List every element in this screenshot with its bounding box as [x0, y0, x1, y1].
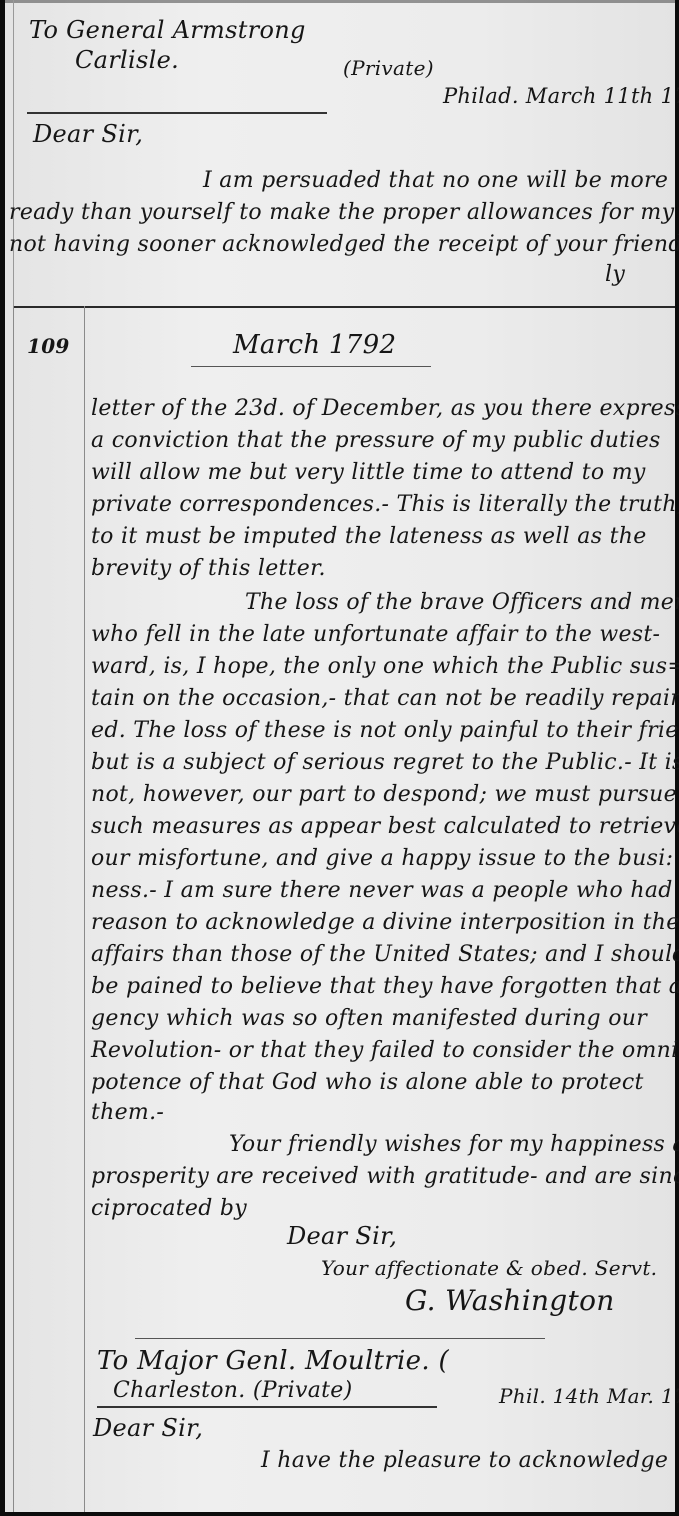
manuscript-page: To General Armstrong Carlisle. (Private)…: [5, 0, 675, 1512]
body-line: such measures as appear best calculated …: [91, 814, 679, 839]
letter1-opening-line-4: ly: [605, 262, 625, 287]
letter2-address-line-2: Charleston. (Private): [113, 1378, 352, 1403]
letter2-dateline: Phil. 14th Mar. 1792: [499, 1384, 679, 1408]
body-line: our misfortune, and give a happy issue t…: [91, 846, 673, 871]
body-line: a conviction that the pressure of my pub…: [91, 428, 661, 453]
body-line: The loss of the brave Officers and men: [245, 590, 679, 615]
letter2-address-line-1: To Major Genl. Moultrie. (: [97, 1346, 449, 1376]
body-line: private correspondences.- This is litera…: [91, 492, 679, 517]
body-line: potence of that God who is alone able to…: [91, 1070, 644, 1095]
running-head-rule: [191, 366, 431, 367]
letter1-dateline: Philad. March 11th 1792: [443, 84, 679, 108]
body-line: affairs than those of the United States;…: [91, 942, 679, 967]
letter-separator-rule: [135, 1338, 545, 1339]
body-line: prosperity are received with gratitude- …: [91, 1164, 679, 1189]
body-line: ed. The loss of these is not only painfu…: [91, 718, 679, 743]
letter1-opening-line-2: ready than yourself to make the proper a…: [9, 200, 674, 225]
letter2-opening-line: I have the pleasure to acknowledge: [261, 1448, 668, 1473]
body-line: but is a subject of serious regret to th…: [91, 750, 679, 775]
complimentary-close: Your affectionate & obed. Servt.: [321, 1256, 657, 1280]
body-line: be pained to believe that they have forg…: [91, 974, 679, 999]
letter1-opening-line-1: I am persuaded that no one will be more: [203, 168, 668, 193]
closing-salutation: Dear Sir,: [287, 1222, 397, 1250]
body-line: to it must be imputed the lateness as we…: [91, 524, 647, 549]
body-line: reason to acknowledge a divine interposi…: [91, 910, 679, 935]
running-head: March 1792: [233, 330, 396, 360]
inner-margin-line: [84, 306, 85, 1512]
outer-margin-line: [13, 306, 14, 1512]
top-edge: [5, 0, 675, 3]
body-line: ward, is, I hope, the only one which the…: [91, 654, 679, 679]
body-line: tain on the occasion,- that can not be r…: [91, 686, 679, 711]
body-line: will allow me but very little time to at…: [91, 460, 646, 485]
letter1-private-note: (Private): [343, 56, 434, 80]
body-line: gency which was so often manifested duri…: [91, 1006, 647, 1031]
letter1-address-line-2: Carlisle.: [75, 46, 179, 74]
signature: G. Washington: [405, 1284, 615, 1317]
body-line: Your friendly wishes for my happiness an…: [229, 1132, 679, 1157]
letter2-salutation: Dear Sir,: [93, 1414, 203, 1442]
body-line: them.-: [91, 1100, 164, 1125]
body-line: ness.- I am sure there never was a peopl…: [91, 878, 679, 903]
body-line: Revolution- or that they failed to consi…: [91, 1038, 679, 1063]
body-line: brevity of this letter.: [91, 556, 326, 581]
letter2-address-underline: [97, 1406, 437, 1408]
letter1-address-line-1: To General Armstrong: [29, 16, 306, 44]
body-line: letter of the 23d. of December, as you t…: [91, 396, 679, 421]
letter1-opening-line-3: not having sooner acknowledged the recei…: [9, 232, 679, 257]
body-line: ciprocated by: [91, 1196, 247, 1221]
body-line: who fell in the late unfortunate affair …: [91, 622, 660, 647]
upper-left-border: [13, 0, 14, 306]
letter1-salutation: Dear Sir,: [33, 120, 143, 148]
address-underline: [27, 112, 327, 114]
slip-edge-line: [13, 306, 675, 308]
page-number: 109: [27, 334, 70, 358]
body-line: not, however, our part to despond; we mu…: [91, 782, 677, 807]
